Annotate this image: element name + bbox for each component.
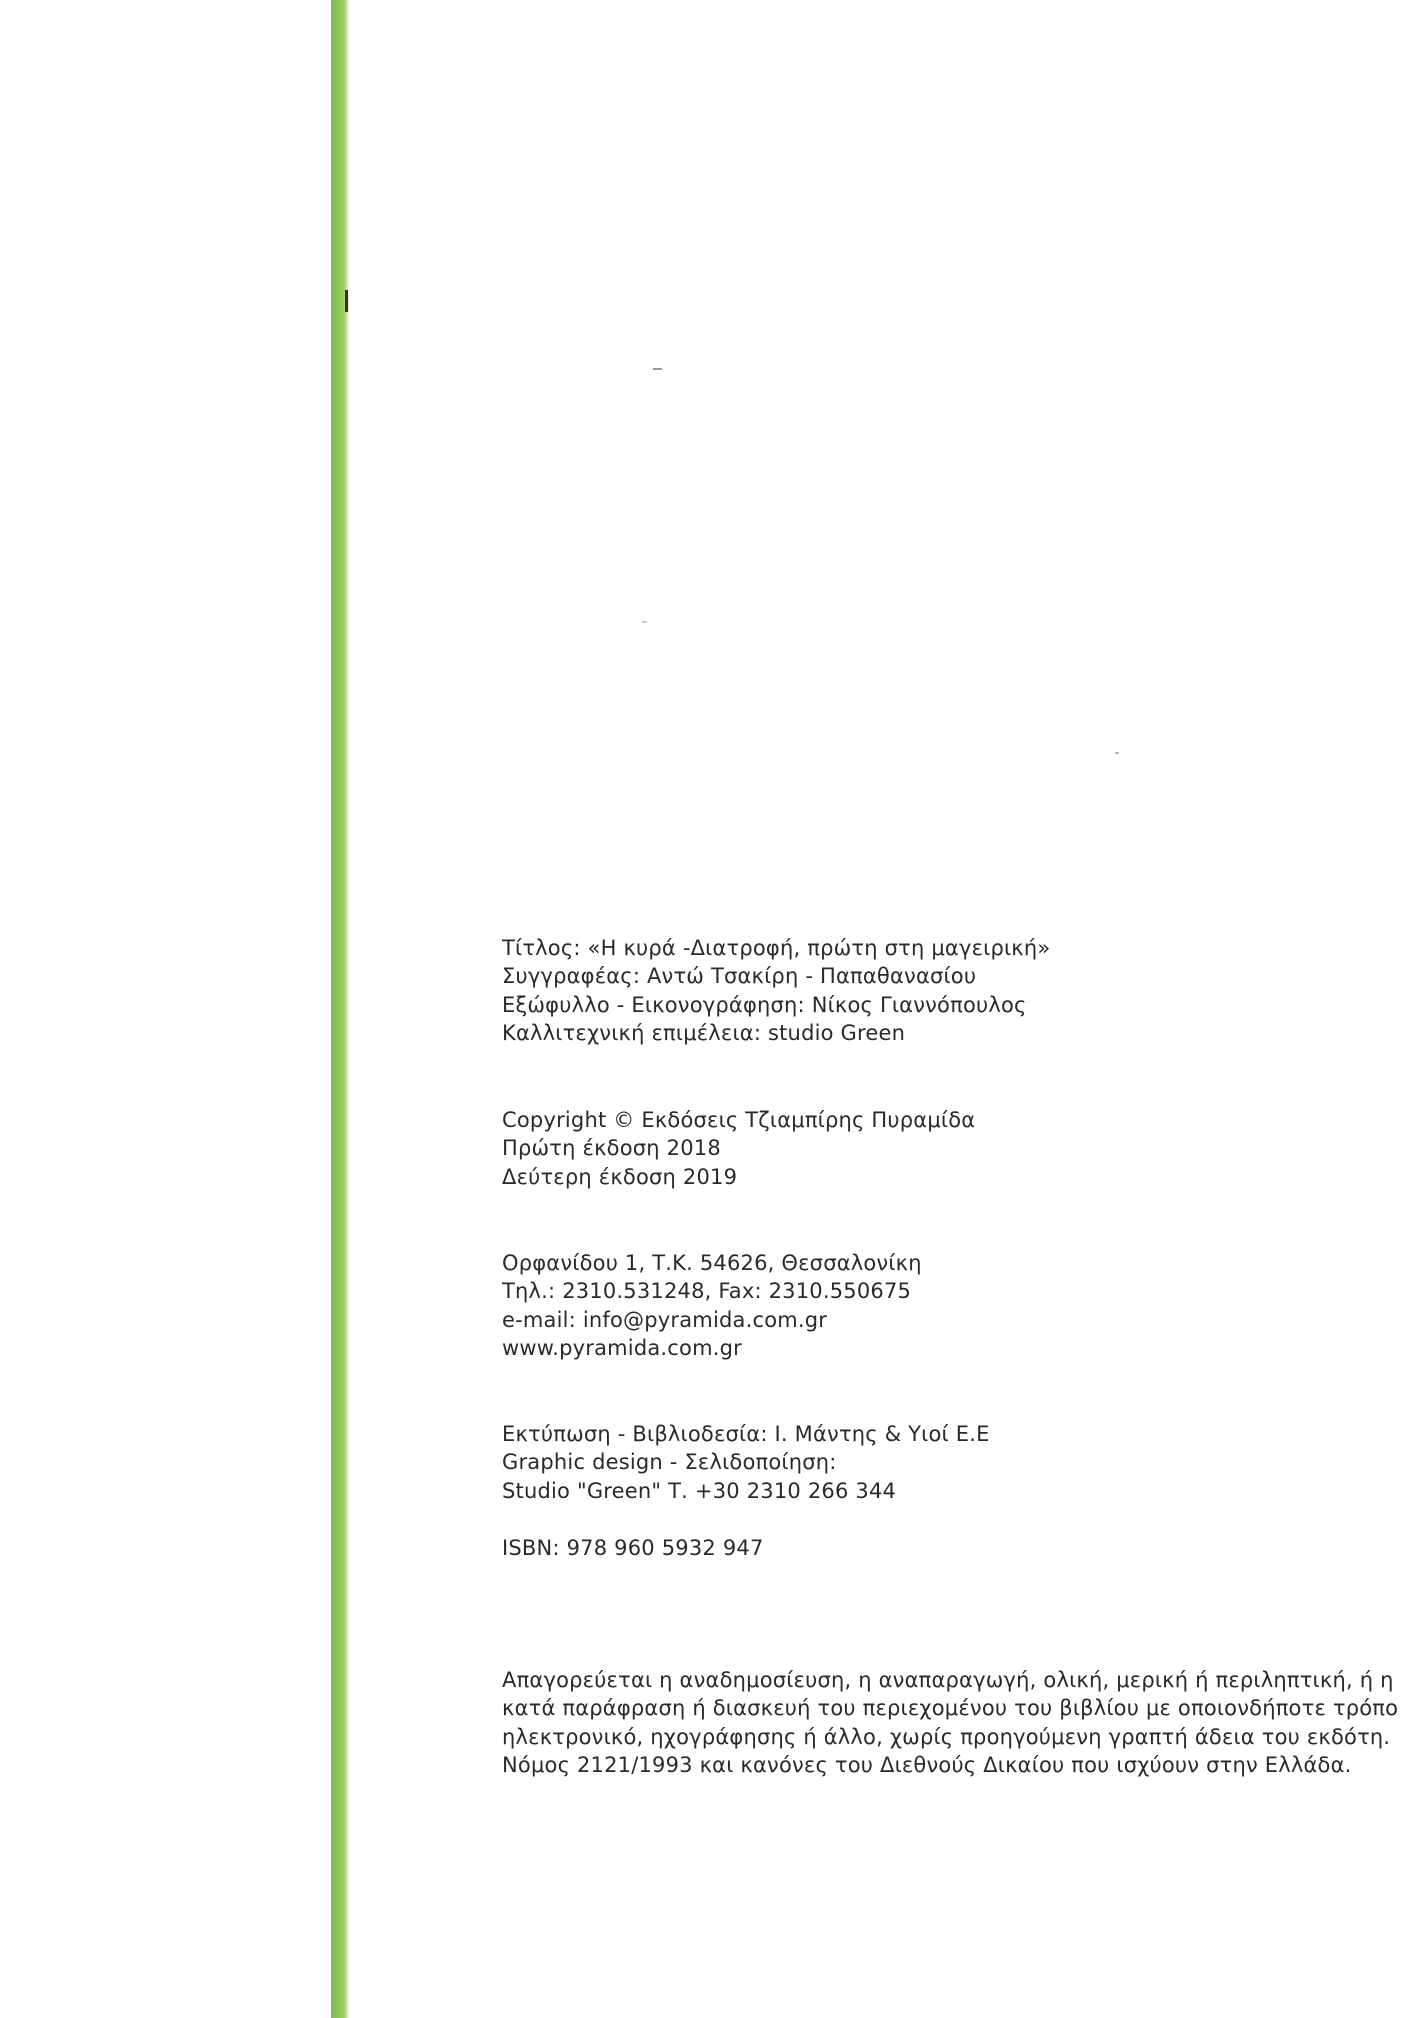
art-direction-line: Καλλιτεχνική επιμέλεια: studio Green xyxy=(502,1019,1050,1047)
scan-mark xyxy=(345,290,348,312)
legal-block: Απαγορεύεται η αναδημοσίευση, η αναπαραγ… xyxy=(502,1666,1398,1780)
title-line: Τίτλος: «Η κυρά -Διατροφή, πρώτη στη μαγ… xyxy=(502,934,1050,962)
first-edition-line: Πρώτη έκδοση 2018 xyxy=(502,1134,975,1162)
scan-speck xyxy=(1115,752,1119,754)
legal-line: ηλεκτρονικό, ηχογράφησης ή άλλο, χωρίς π… xyxy=(502,1723,1398,1751)
legal-line: Νόμος 2121/1993 και κανόνες του Διεθνούς… xyxy=(502,1751,1398,1779)
legal-line: Απαγορεύεται η αναδημοσίευση, η αναπαραγ… xyxy=(502,1666,1398,1694)
illustrator-line: Εξώφυλλο - Εικονογράφηση: Νίκος Γιαννόπο… xyxy=(502,991,1050,1019)
production-block: Εκτύπωση - Βιβλιοδεσία: Ι. Μάντης & Υιοί… xyxy=(502,1420,990,1505)
second-edition-line: Δεύτερη έκδοση 2019 xyxy=(502,1163,975,1191)
copyright-line: Copyright © Εκδόσεις Τζιαμπίρης Πυραμίδα xyxy=(502,1106,975,1134)
legal-line: κατά παράφραση ή διασκευή του περιεχομέν… xyxy=(502,1694,1398,1722)
design-line: Graphic design - Σελιδοποίηση: xyxy=(502,1448,990,1476)
website-line: www.pyramida.com.gr xyxy=(502,1334,922,1362)
credits-block: Τίτλος: «Η κυρά -Διατροφή, πρώτη στη μαγ… xyxy=(502,934,1050,1048)
isbn-line: ISBN: 978 960 5932 947 xyxy=(502,1534,764,1562)
studio-line: Studio "Green" Τ. +30 2310 266 344 xyxy=(502,1477,990,1505)
phone-fax-line: Τηλ.: 2310.531248, Fax: 2310.550675 xyxy=(502,1277,922,1305)
address-line: Ορφανίδου 1, Τ.Κ. 54626, Θεσσαλονίκη xyxy=(502,1249,922,1277)
copyright-block: Copyright © Εκδόσεις Τζιαμπίρης Πυραμίδα… xyxy=(502,1106,975,1191)
author-line: Συγγραφέας: Αντώ Τσακίρη - Παπαθανασίου xyxy=(502,962,1050,990)
printing-line: Εκτύπωση - Βιβλιοδεσία: Ι. Μάντης & Υιοί… xyxy=(502,1420,990,1448)
isbn-block: ISBN: 978 960 5932 947 xyxy=(502,1534,764,1562)
contact-block: Ορφανίδου 1, Τ.Κ. 54626, Θεσσαλονίκη Τηλ… xyxy=(502,1249,922,1363)
scan-speck xyxy=(653,368,662,370)
scan-speck xyxy=(642,621,647,623)
email-line: e-mail: info@pyramida.com.gr xyxy=(502,1306,922,1334)
